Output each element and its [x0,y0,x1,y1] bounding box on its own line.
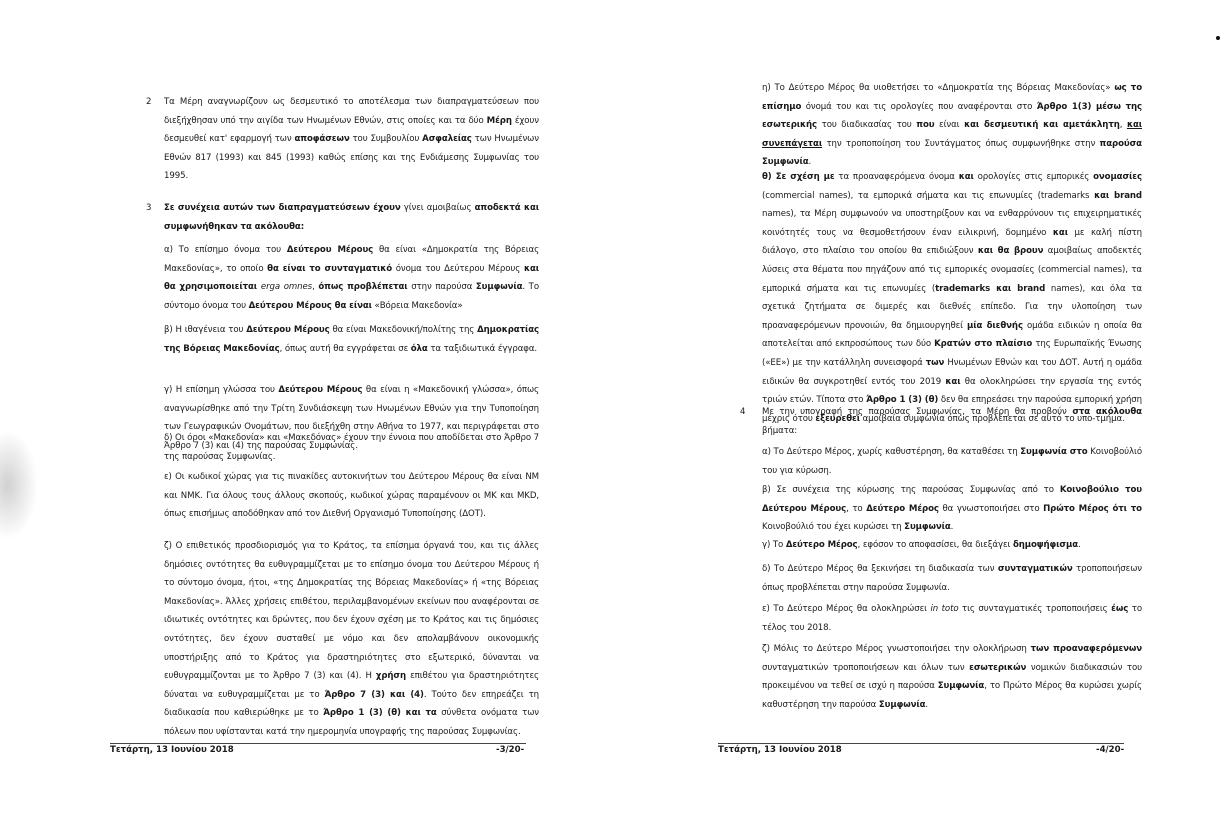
clause-4z: ζ) Μόλις το Δεύτερο Μέρος γνωστοποιήσει … [762,640,1142,714]
clause-3d: δ) Οι όροι «Μακεδονία» και «Μακεδόνας» έ… [164,429,539,466]
clause-4d: δ) Το Δεύτερο Μέρος θα ξεκινήσει τη διαδ… [762,560,1142,597]
clause-3b: β) Η ιθαγένεια του Δεύτερου Μέρους θα εί… [164,321,539,358]
paragraph-number: 4 [740,403,745,422]
paragraph-3: Σε συνέχεια αυτών των διαπραγματεύσεων έ… [164,199,539,236]
paragraph-number: 2 [146,93,151,112]
paragraph-4: Με την υπογραφή της παρούσας Συμφωνίας, … [762,403,1142,440]
scan-smudge [0,430,38,540]
clause-3e: ε) Οι κωδικοί χώρας για τις πινακίδες αυ… [164,468,539,524]
clause-4b: β) Σε συνέχεια της κύρωσης της παρούσας … [762,481,1142,537]
scan-speck [1216,36,1220,40]
footer-date: Τετάρτη, 13 Ιουνίου 2018 [110,745,234,755]
clause-3a: α) Το επίσημο όνομα του Δεύτερου Μέρους … [164,241,539,315]
clause-4c: γ) Το Δεύτερο Μέρος, εφόσον το αποφασίσε… [762,536,1142,555]
page-3: 2 Τα Μέρη αναγνωρίζουν ως δεσμευτικό το … [110,0,550,828]
footer-rule [718,743,1124,744]
clause-3z: ζ) Ο επιθετικός προσδιορισμός για το Κρά… [164,537,539,742]
clause-4e: ε) Το Δεύτερο Μέρος θα ολοκληρώσει in to… [762,600,1142,637]
footer-date: Τετάρτη, 13 Ιουνίου 2018 [718,745,842,755]
page-number: -3/20- [496,745,524,755]
clause-3th: θ) Σε σχέση με τα προαναφερόμενα όνομα κ… [762,168,1142,428]
paragraph-2: Τα Μέρη αναγνωρίζουν ως δεσμευτικό το απ… [164,93,539,186]
page-4: η) Το Δεύτερο Μέρος θα υιοθετήσει το «Δη… [718,0,1150,828]
paragraph-number: 3 [146,199,151,218]
clause-4a: α) Το Δεύτερο Μέρος, χωρίς καθυστέρηση, … [762,443,1142,480]
footer-rule [110,743,526,744]
page-number: -4/20- [1096,745,1124,755]
clause-3h: η) Το Δεύτερο Μέρος θα υιοθετήσει το «Δη… [762,79,1142,172]
